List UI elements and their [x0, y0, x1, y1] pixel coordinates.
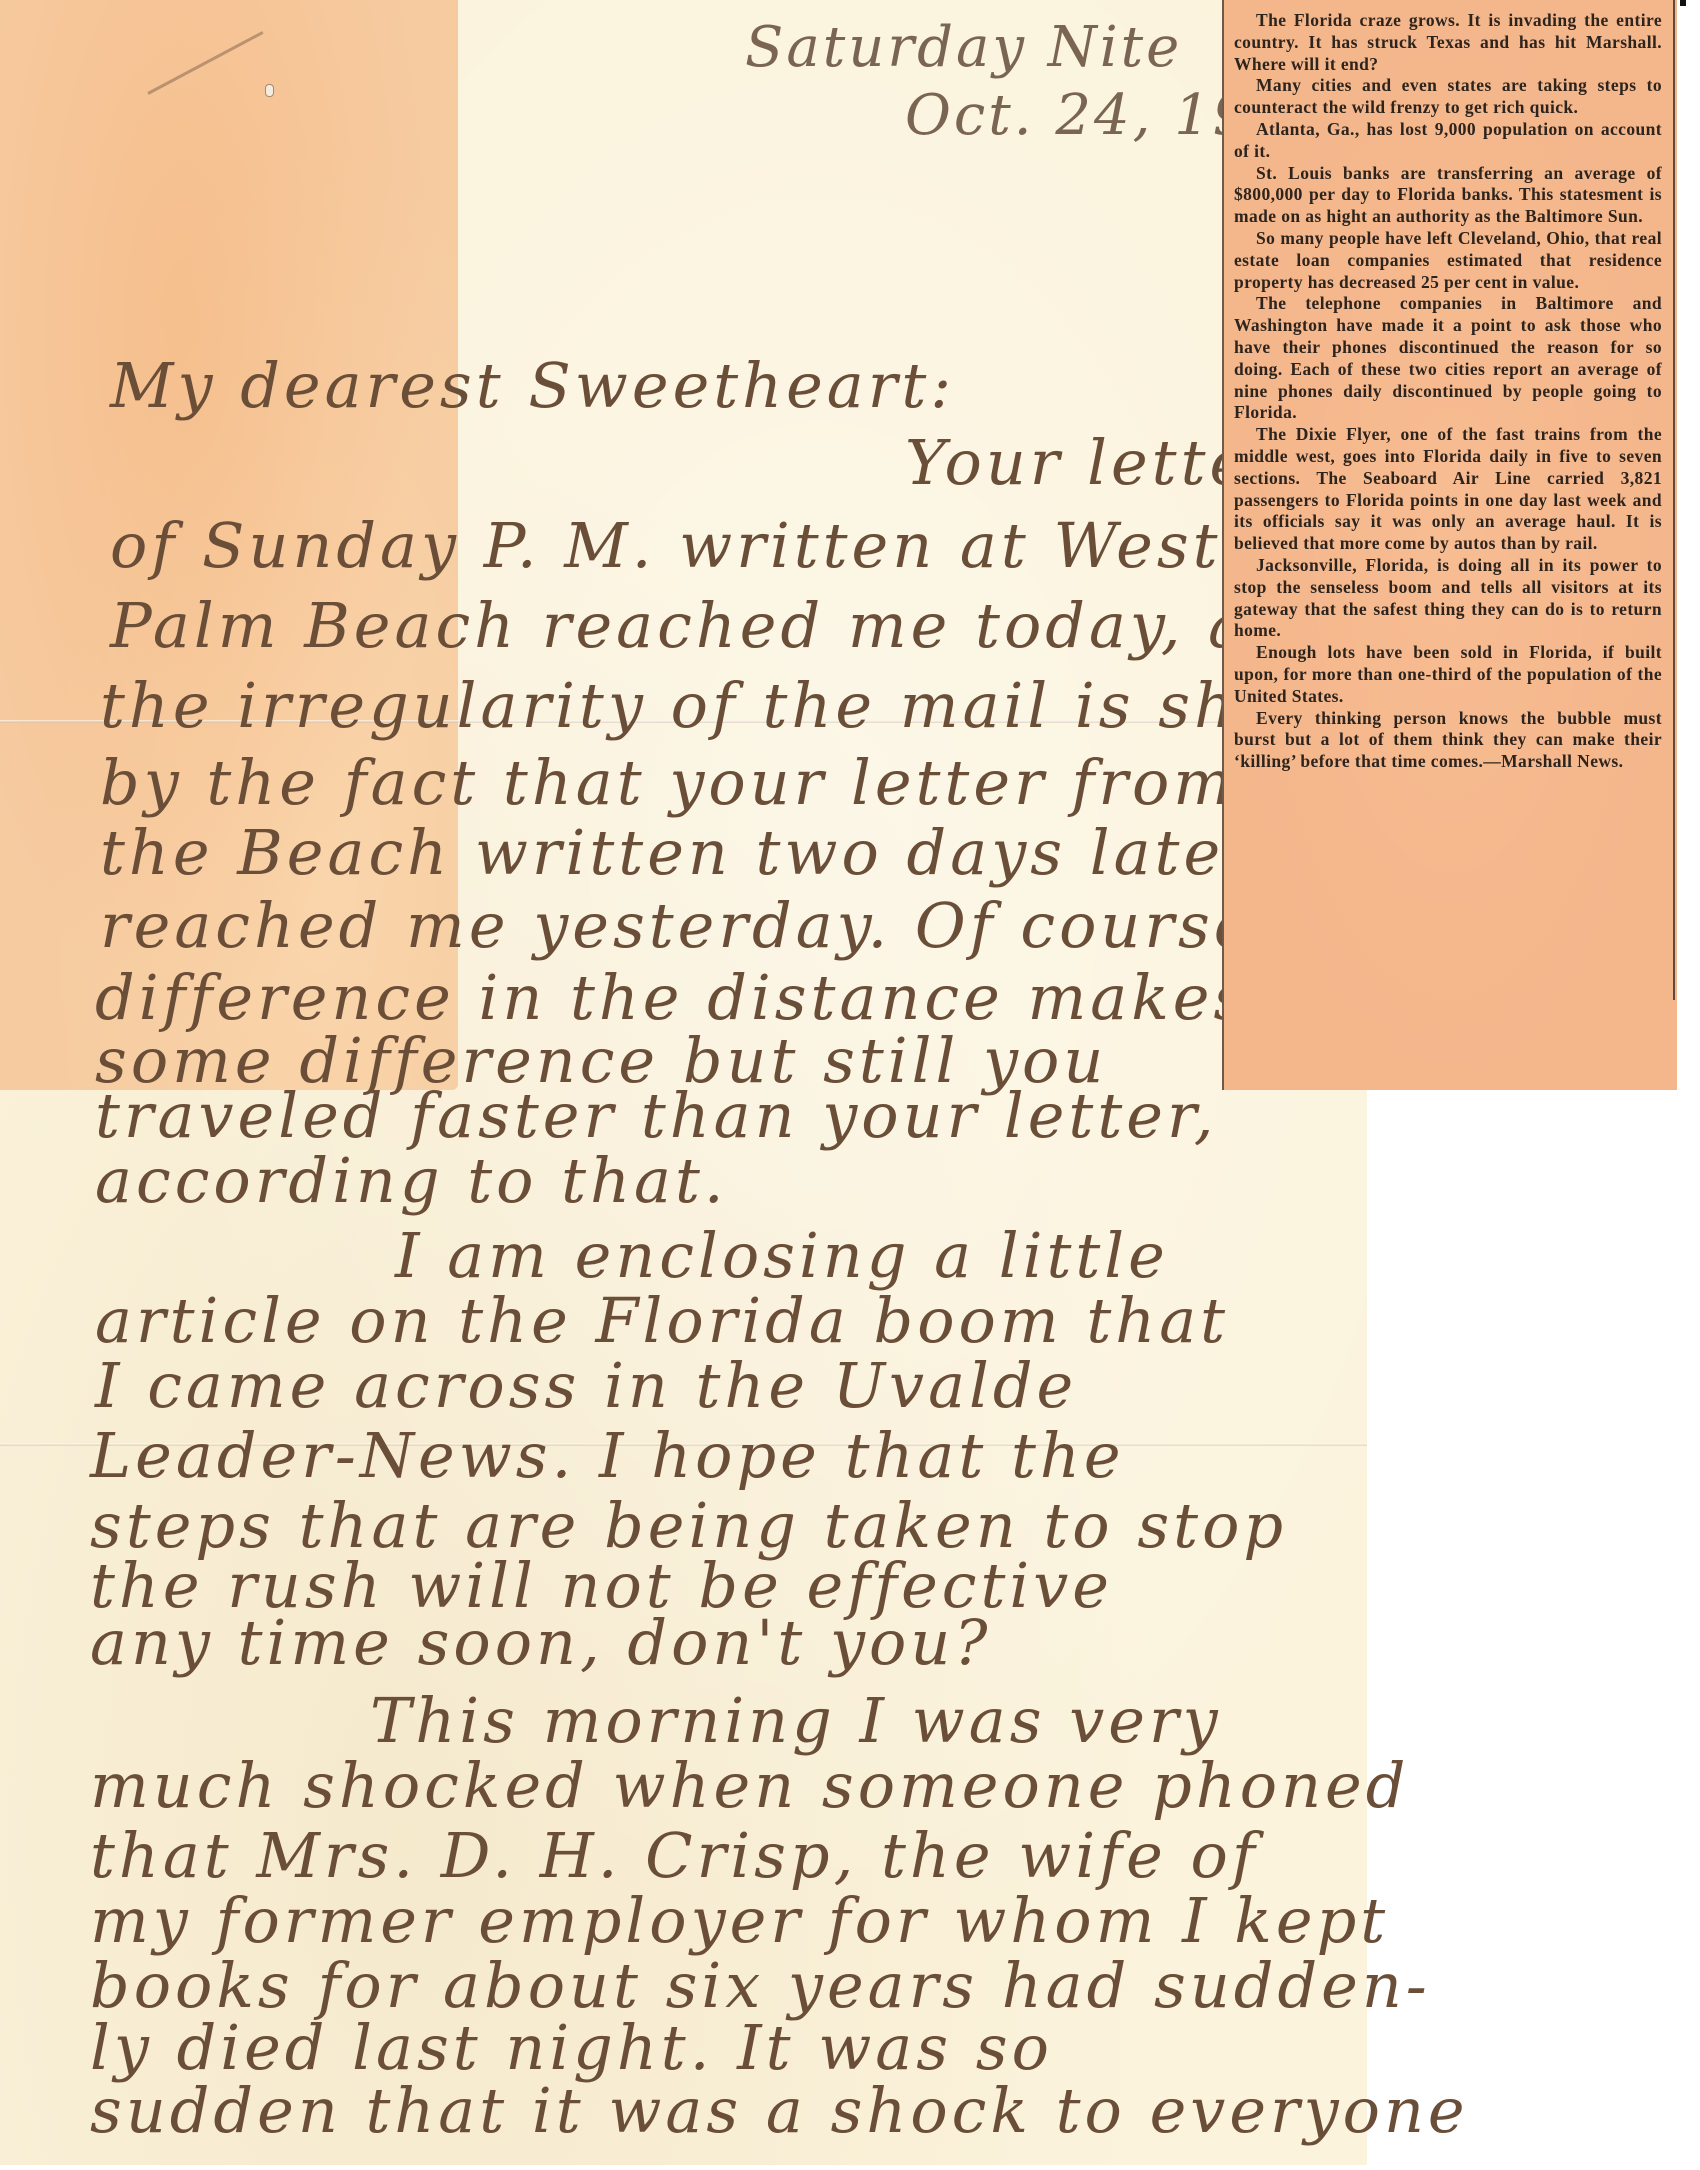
clipping-paragraph: The Florida craze grows. It is invading … — [1234, 10, 1662, 75]
clipping-paragraph: St. Louis banks are transferring an aver… — [1234, 163, 1662, 228]
letter-line: Leader-News. I hope that the — [90, 1425, 1125, 1487]
letter-day: Saturday Nite — [745, 20, 1182, 76]
pin-hole-mark — [265, 84, 274, 97]
letter-page: Saturday Nite Oct. 24, 19 My dearest Swe… — [0, 0, 1367, 2165]
letter-line: any time soon, don't you? — [90, 1612, 992, 1674]
newspaper-clipping: The Florida craze grows. It is invading … — [1222, 0, 1677, 1090]
clipping-paragraph: Jacksonville, Florida, is doing all in i… — [1234, 555, 1662, 642]
letter-line: steps that are being taken to stop — [90, 1495, 1287, 1557]
letter-line: much shocked when someone phoned — [90, 1755, 1409, 1817]
letter-line: I am enclosing a little — [395, 1225, 1169, 1287]
clipping-paragraph: So many people have left Cleveland, Ohio… — [1234, 228, 1662, 293]
letter-line: that Mrs. D. H. Crisp, the wife of — [90, 1825, 1259, 1887]
letter-line: my former employer for whom I kept — [90, 1890, 1389, 1952]
scan-corner-mark — [1680, 0, 1686, 6]
clipping-paragraph: Enough lots have been sold in Florida, i… — [1234, 642, 1662, 707]
letter-line: Palm Beach reached me today, and — [110, 595, 1337, 657]
letter-line: difference in the distance makes — [95, 967, 1249, 1029]
letter-line: the irregularity of the mail is shown — [100, 675, 1380, 737]
clipping-paragraph: Every thinking person knows the bubble m… — [1234, 708, 1662, 773]
letter-line: reached me yesterday. Of course the — [100, 895, 1392, 957]
letter-line: article on the Florida boom that — [95, 1290, 1229, 1352]
letter-line: the Beach written two days later — [100, 822, 1258, 884]
column-rule — [1673, 0, 1675, 1000]
letter-line: of Sunday P. M. written at West — [110, 515, 1222, 577]
letter-line: I came across in the Uvalde — [95, 1355, 1077, 1417]
letter-line: This morning I was very — [370, 1690, 1222, 1752]
letter-line: by the fact that your letter from — [100, 752, 1236, 814]
letter-line: traveled faster than your letter, — [95, 1085, 1218, 1147]
clipping-paragraph: Many cities and even states are taking s… — [1234, 75, 1662, 119]
letter-line: according to that. — [95, 1150, 728, 1212]
letter-salutation: My dearest Sweetheart: — [110, 355, 955, 417]
clipping-paragraph: The Dixie Flyer, one of the fast trains … — [1234, 424, 1662, 555]
letter-date: Oct. 24, 19 — [905, 88, 1252, 144]
letter-line: books for about six years had sudden- — [90, 1955, 1431, 2017]
letter-line: ly died last night. It was so — [90, 2017, 1053, 2079]
clipping-article: The Florida craze grows. It is invading … — [1234, 10, 1662, 773]
clipping-paragraph: The telephone companies in Baltimore and… — [1234, 293, 1662, 424]
clipping-paragraph: Atlanta, Ga., has lost 9,000 population … — [1234, 119, 1662, 163]
letter-line: sudden that it was a shock to everyone — [90, 2080, 1469, 2142]
